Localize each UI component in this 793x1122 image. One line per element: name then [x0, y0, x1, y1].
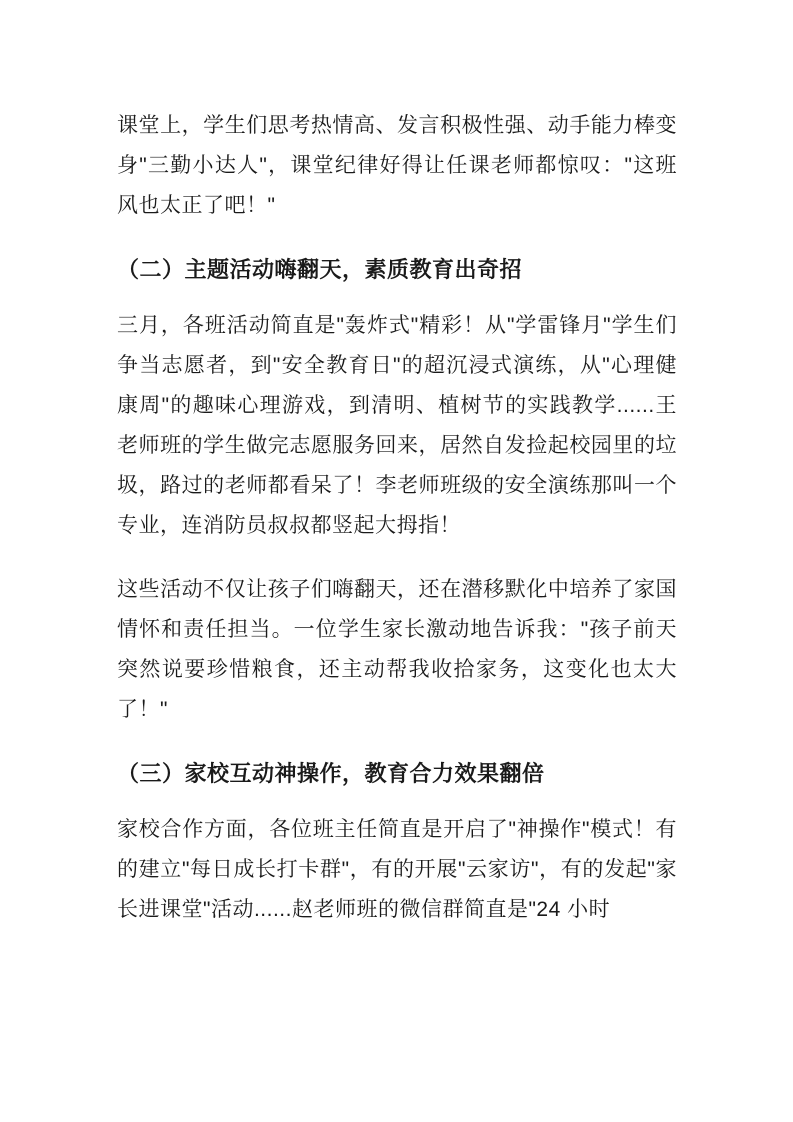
section-heading-2: （二）主题活动嗨翻天，素质教育出奇招: [117, 250, 677, 290]
section-heading-3: （三）家校互动神操作，教育合力效果翻倍: [117, 754, 677, 794]
body-paragraph-home-school: 家校合作方面，各位班主任简直是开启了"神操作"模式！有的建立"每日成长打卡群"，…: [117, 810, 677, 930]
body-paragraph-parent-feedback: 这些活动不仅让孩子们嗨翻天，还在潜移默化中培养了家国情怀和责任担当。一位学生家长…: [117, 570, 677, 730]
body-paragraph-classroom: 课堂上，学生们思考热情高、发言积极性强、动手能力棒变身"三勤小达人"，课堂纪律好…: [117, 106, 677, 226]
body-paragraph-march-activities: 三月，各班活动简直是"轰炸式"精彩！从"学雷锋月"学生们争当志愿者，到"安全教育…: [117, 306, 677, 546]
document-page: 课堂上，学生们思考热情高、发言积极性强、动手能力棒变身"三勤小达人"，课堂纪律好…: [0, 0, 793, 1122]
